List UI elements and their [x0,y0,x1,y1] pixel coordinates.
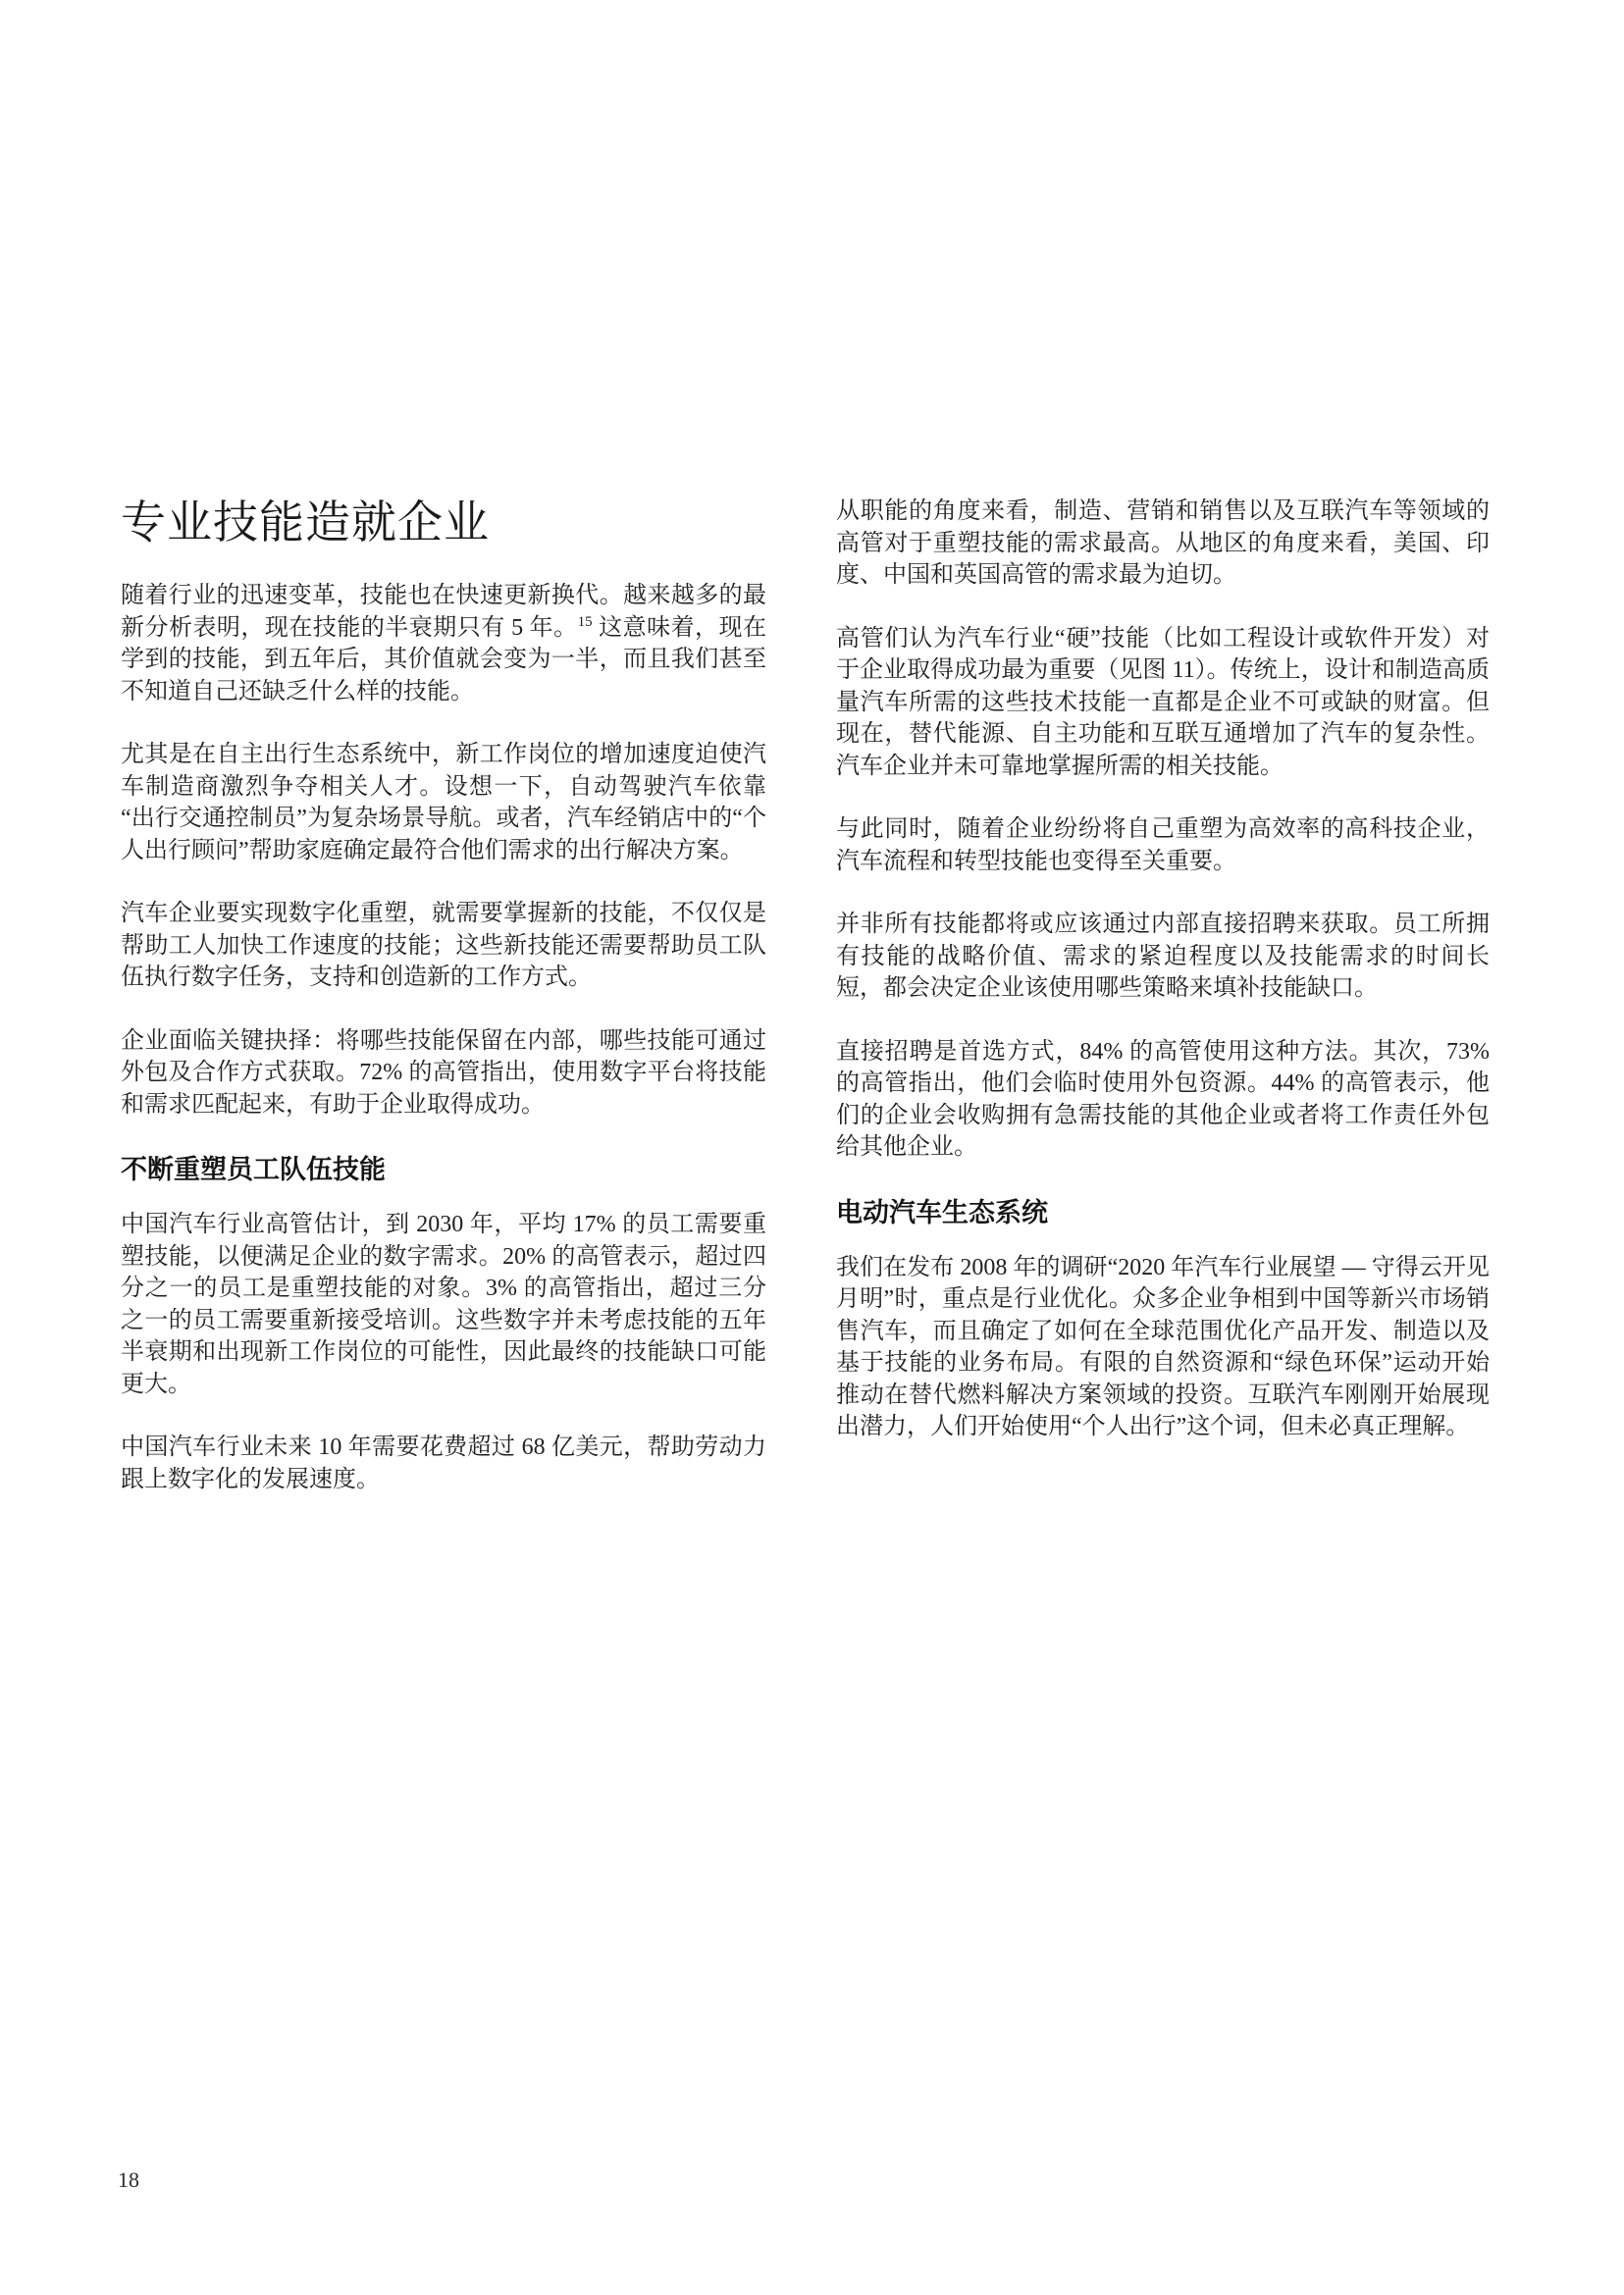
article-title: 专业技能造就企业 [121,496,766,550]
right-column: 从职能的角度来看，制造、营销和销售以及互联汽车等领域的高管对于重塑技能的需求最高… [836,496,1490,1475]
paragraph-skill-acquisition-strategy: 并非所有技能都将或应该通过内部直接招聘来获取。员工所拥有技能的战略价值、需求的紧… [836,909,1490,1005]
paragraph-hard-skills: 高管们认为汽车行业“硬”技能（比如工程设计或软件开发）对于企业取得成功最为重要（… [836,623,1490,783]
paragraph-transformation-skills: 与此同时，随着企业纷纷将自己重塑为高效率的高科技企业，汽车流程和转型技能也变得至… [836,813,1490,877]
paragraph-digital-reinvention: 汽车企业要实现数字化重塑，就需要掌握新的技能，不仅仅是帮助工人加快工作速度的技能… [121,898,766,994]
paragraph-spending-forecast: 中国汽车行业未来 10 年需要花费超过 68 亿美元，帮助劳动力跟上数字化的发展… [121,1432,766,1495]
document-page: 专业技能造就企业 随着行业的迅速变革，技能也在快速更新换代。越来越多的最新分析表… [0,0,1624,2295]
page-number: 18 [118,2166,139,2194]
footnote-reference-15: 15 [578,614,593,630]
paragraph-key-decision: 企业面临关键抉择：将哪些技能保留在内部，哪些技能可通过外包及合作方式获取。72%… [121,1025,766,1121]
section-heading-ev-ecosystem: 电动汽车生态系统 [836,1195,1490,1230]
paragraph-hiring-methods: 直接招聘是首选方式，84% 的高管使用这种方法。其次，73% 的高管指出，他们会… [836,1036,1490,1164]
left-column: 专业技能造就企业 随着行业的迅速变革，技能也在快速更新换代。越来越多的最新分析表… [121,496,766,1527]
paragraph-reskill-estimates: 中国汽车行业高管估计，到 2030 年，平均 17% 的员工需要重塑技能，以便满… [121,1209,766,1400]
paragraph-skills-halflife: 随着行业的迅速变革，技能也在快速更新换代。越来越多的最新分析表明，现在技能的半衰… [121,580,766,707]
paragraph-function-region-demand: 从职能的角度来看，制造、营销和销售以及互联汽车等领域的高管对于重塑技能的需求最高… [836,496,1490,592]
section-heading-reskill-workforce: 不断重塑员工队伍技能 [121,1152,766,1187]
paragraph-2008-study: 我们在发布 2008 年的调研“2020 年汽车行业展望 — 守得云开见月明”时… [836,1252,1490,1443]
paragraph-mobility-ecosystem: 尤其是在自主出行生态系统中，新工作岗位的增加速度迫使汽车制造商激烈争夺相关人才。… [121,739,766,866]
